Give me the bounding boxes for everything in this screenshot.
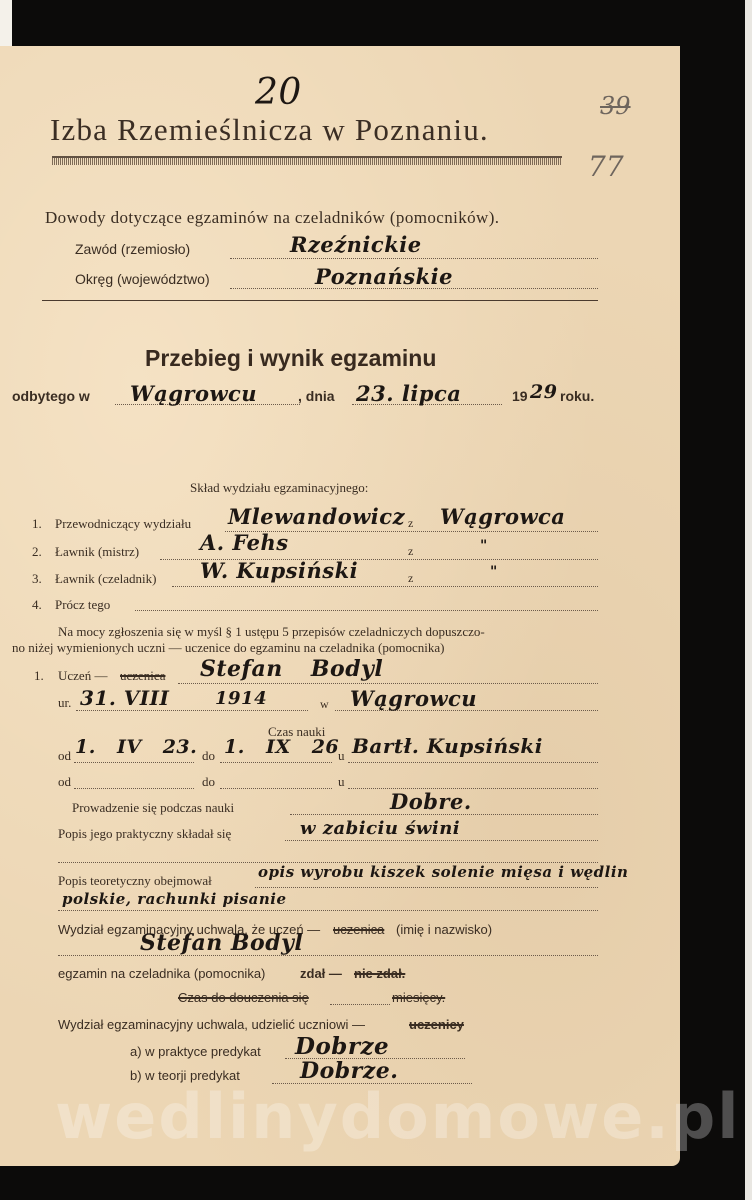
- training-row2-from-line: [74, 788, 194, 789]
- resolution-name-line: [58, 955, 598, 956]
- training-row1-to-line: [220, 762, 332, 763]
- theoretical-value-line1: opis wyrobu kiszek solenie mięsa i wędli…: [258, 863, 628, 881]
- training-row1-to: 1. IX 26: [224, 736, 339, 758]
- apprentice-born-place-label: w: [320, 697, 329, 712]
- exam-place-label: odbytego w: [12, 388, 90, 404]
- committee-member-3-name: W. Kupsiński: [200, 558, 358, 583]
- committee-member-2-num: 2.: [32, 544, 42, 560]
- admission-text-line1: Na mocy zgłoszenia się w myśl § 1 ustępu…: [58, 624, 485, 640]
- field-label-trade: Zawód (rzemiosło): [75, 241, 190, 257]
- section-title: Przebieg i wynik egzaminu: [145, 345, 436, 372]
- watermark: wedlinydomowe.pl: [55, 1080, 740, 1153]
- training-row1-at: Bartł. Kupsiński: [352, 734, 543, 758]
- training-row1-to-label: do: [202, 748, 215, 764]
- practical-label: Popis jego praktyczny składał się: [58, 826, 231, 842]
- grade-practical-value: Dobrze: [295, 1033, 389, 1060]
- section-divider: [42, 300, 598, 301]
- grade-practical-label: a) w praktyce predykat: [130, 1044, 261, 1059]
- scan-background-bottom: [0, 1162, 752, 1200]
- resolution-name: Stefan Bodyl: [140, 930, 303, 956]
- result-prefix: egzamin na czeladnika (pomocnika): [58, 966, 265, 981]
- extension-line: [330, 1004, 390, 1005]
- exam-year-value: 29: [530, 381, 557, 403]
- field-value-district: Poznańskie: [315, 264, 453, 289]
- committee-member-4-line: [135, 610, 598, 611]
- training-row2-at-line: [348, 788, 598, 789]
- committee-heading: Skład wydziału egzaminacyjnego:: [190, 480, 368, 496]
- extension-struck: Czas do douczenia się: [178, 990, 309, 1005]
- training-row1-from-label: od: [58, 748, 71, 764]
- committee-member-1-from: Wągrowca: [440, 504, 565, 529]
- theoretical-value-line2: polskie, rachunki pisanie: [62, 890, 287, 908]
- committee-member-3-num: 3.: [32, 571, 42, 587]
- apprentice-num: 1.: [34, 668, 44, 684]
- apprentice-name-line: [178, 683, 598, 684]
- committee-member-2-from: ": [480, 538, 488, 554]
- committee-member-1-num: 1.: [32, 516, 42, 532]
- document-subtitle: Dowody dotyczące egzaminów na czeladnikó…: [45, 208, 499, 228]
- scan-edge-strip: [745, 0, 752, 1200]
- apprentice-born-place: Wągrowcu: [350, 686, 477, 711]
- scan-background-top: [12, 0, 752, 46]
- grades-text: Wydział egzaminacyjny uchwala, udzielić …: [58, 1017, 365, 1032]
- exam-year-prefix: 19: [512, 388, 528, 404]
- scan-background-right: [678, 0, 748, 1200]
- result-fail-struck: nie zdał.: [354, 966, 405, 981]
- result-pass: zdał —: [300, 966, 342, 981]
- committee-member-2-name: A. Fehs: [200, 530, 289, 555]
- training-row2-to-label: do: [202, 774, 215, 790]
- document-title: Izba Rzemieślnicza w Poznaniu.: [50, 112, 489, 148]
- field-value-trade: Rzeźnickie: [290, 232, 422, 257]
- margin-number-struck: 39: [600, 92, 631, 120]
- exam-place-value: Wągrowcu: [130, 381, 257, 406]
- committee-member-4-num: 4.: [32, 597, 42, 613]
- apprentice-born-day: 31. VIII: [80, 686, 169, 710]
- committee-member-2-from-label: z: [408, 544, 413, 559]
- practical-value: w zabiciu świni: [300, 818, 460, 839]
- apprentice-name: Stefan Bodyl: [200, 656, 383, 682]
- exam-year-label: roku.: [560, 388, 594, 404]
- committee-member-3-from-label: z: [408, 571, 413, 586]
- committee-member-3-from: ": [490, 564, 498, 580]
- resolution-struck: uczenica: [333, 922, 384, 937]
- apprentice-born-label: ur.: [58, 695, 71, 711]
- apprentice-label-struck: uczenica: [120, 668, 165, 684]
- exam-day-label: , dnia: [298, 388, 335, 404]
- training-row2-to-line: [220, 788, 332, 789]
- conduct-label: Prowadzenie się podczas nauki: [72, 800, 234, 816]
- theoretical-line-2: [58, 910, 598, 911]
- resolution-suffix: (imię i nazwisko): [396, 922, 492, 937]
- conduct-value: Dobre.: [390, 789, 472, 814]
- apprentice-born-year: 1914: [215, 688, 267, 709]
- grades-struck: uczenicy: [409, 1017, 464, 1032]
- exam-day-value: 23. lipca: [356, 381, 461, 406]
- apprentice-label: Uczeń —: [58, 668, 107, 684]
- committee-member-3-role: Ławnik (czeladnik): [55, 571, 156, 587]
- title-rule: [52, 156, 562, 165]
- training-row1-at-label: u: [338, 748, 345, 764]
- training-row1-from: 1. IV 23.: [75, 736, 197, 758]
- training-row2-from-label: od: [58, 774, 71, 790]
- conduct-line: [290, 814, 598, 815]
- admission-text-line2: no niżej wymienionych uczni — uczenice d…: [12, 640, 444, 656]
- field-label-district: Okręg (województwo): [75, 271, 210, 287]
- committee-member-2-role: Ławnik (mistrz): [55, 544, 139, 560]
- committee-member-1-role: Przewodniczący wydziału: [55, 516, 191, 532]
- training-row1-from-line: [74, 762, 194, 763]
- archive-number: 20: [255, 72, 302, 113]
- training-row1-at-line: [348, 762, 598, 763]
- training-row2-at-label: u: [338, 774, 345, 790]
- committee-member-1-name: Mlewandowicz: [228, 504, 405, 529]
- committee-member-3-line: [172, 586, 598, 587]
- extension-suffix: miesięcy.: [392, 990, 445, 1005]
- theoretical-line-1: [255, 887, 598, 888]
- committee-member-1-from-label: z: [408, 516, 413, 531]
- theoretical-label: Popis teoretyczny obejmował: [58, 873, 212, 889]
- committee-member-4-role: Prócz tego: [55, 597, 110, 613]
- field-line-trade: [230, 258, 598, 259]
- practical-line: [285, 840, 598, 841]
- margin-number: 77: [588, 150, 624, 183]
- apprentice-born-line: [76, 710, 308, 711]
